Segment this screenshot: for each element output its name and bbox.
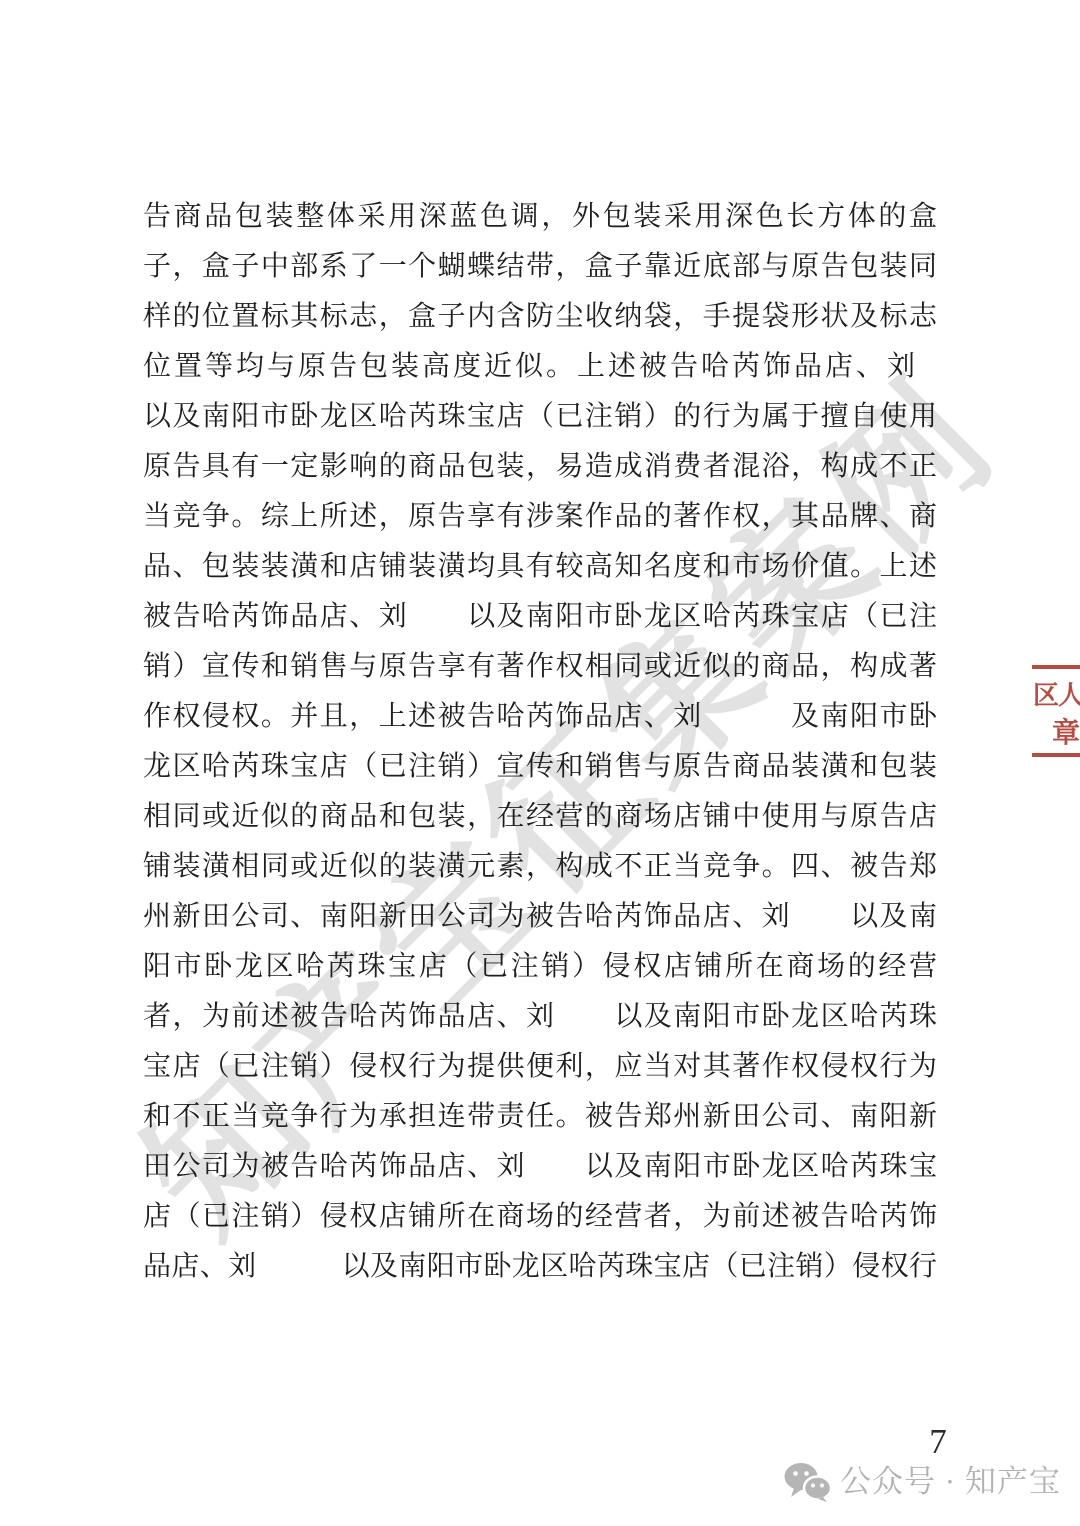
body-line: 样的位置标其标志，盒子内含防尘收纳袋，手提袋形状及标志 [143, 292, 937, 342]
body-line: 和不正当竞争行为承担连带责任。被告郑州新田公司、南阳新 [143, 1092, 937, 1142]
body-line: 州新田公司、南阳新田公司为被告哈芮饰品店、刘 以及南 [143, 892, 937, 942]
body-line: 者，为前述被告哈芮饰品店、刘 以及南阳市卧龙区哈芮珠 [143, 992, 937, 1042]
body-line: 告商品包装整体采用深蓝色调，外包装采用深色长方体的盒 [143, 192, 937, 242]
judgment-page: 知产宝征集案例 告商品包装整体采用深蓝色调，外包装采用深色长方体的盒 子，盒子中… [0, 0, 1080, 1526]
wechat-icon [784, 1462, 832, 1502]
body-line: 作权侵权。并且，上述被告哈芮饰品店、刘 及南阳市卧 [143, 692, 937, 742]
seal-border-bottom [1032, 753, 1080, 757]
body-line: 位置等均与原告包装高度近似。上述被告哈芮饰品店、刘 [143, 342, 937, 392]
judgment-body: 告商品包装整体采用深蓝色调，外包装采用深色长方体的盒 子，盒子中部系了一个蝴蝶结… [143, 192, 937, 1292]
body-line: 田公司为被告哈芮饰品店、刘 以及南阳市卧龙区哈芮珠宝 [143, 1142, 937, 1192]
seal-border-top [1032, 665, 1080, 669]
body-line: 龙区哈芮珠宝店（已注销）宣传和销售与原告商品装潢和包装 [143, 742, 937, 792]
body-line: 阳市卧龙区哈芮珠宝店（已注销）侵权店铺所在商场的经营 [143, 942, 937, 992]
body-line: 品店、刘 以及南阳市卧龙区哈芮珠宝店（已注销）侵权行 [143, 1242, 937, 1292]
body-line: 原告具有一定影响的商品包装，易造成消费者混浴，构成不正 [143, 442, 937, 492]
body-line: 相同或近似的商品和包装，在经营的商场店铺中使用与原告店 [143, 792, 937, 842]
seal-text-row2: 章 [1052, 711, 1080, 751]
body-line: 以及南阳市卧龙区哈芮珠宝店（已注销）的行为属于擅自使用 [143, 392, 937, 442]
body-line: 店（已注销）侵权店铺所在商场的经营者，为前述被告哈芮饰 [143, 1192, 937, 1242]
body-line: 当竞争。综上所述，原告享有涉案作品的著作权，其品牌、商 [143, 492, 937, 542]
page-number: 7 [908, 1422, 968, 1462]
footer-branding: 公众号 · 知产宝 [784, 1460, 1061, 1504]
body-line: 销）宣传和销售与原告享有著作权相同或近似的商品，构成著 [143, 642, 937, 692]
footer-label: 公众号 · 知产宝 [840, 1460, 1061, 1504]
body-line: 宝店（已注销）侵权行为提供便利，应当对其著作权侵权行为 [143, 1042, 937, 1092]
body-line: 子，盒子中部系了一个蝴蝶结带，盒子靠近底部与原告包装同 [143, 242, 937, 292]
body-line: 铺装潢相同或近似的装潢元素，构成不正当竞争。四、被告郑 [143, 842, 937, 892]
body-line: 品、包装装潢和店铺装潢均具有较高知名度和市场价值。上述 [143, 542, 937, 592]
body-line: 被告哈芮饰品店、刘 以及南阳市卧龙区哈芮珠宝店（已注 [143, 592, 937, 642]
court-seal-fragment: 区人民 章 [1032, 663, 1080, 758]
seal-text-row1: 区人民 [1033, 675, 1080, 712]
